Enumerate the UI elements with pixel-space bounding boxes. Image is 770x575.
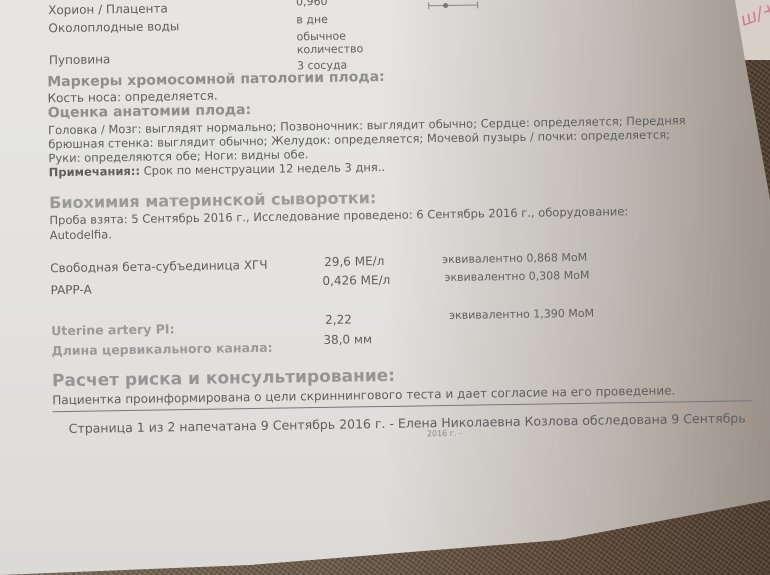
biochem-equipment: Autodelfia.: [50, 227, 112, 242]
row-label-amniotic: Околоплодные воды: [48, 19, 179, 35]
row-value-amniotic-2: обычное: [297, 30, 347, 44]
document: Хорион / Плацента 0,960 Околоплодные вод…: [0, 0, 770, 575]
hcg-label: Свободная бета-субъединица ХГЧ: [50, 258, 268, 275]
notes-label: Примечания::: [49, 164, 141, 179]
uterine-mom: эквивалентно 1,390 MoM: [449, 307, 594, 322]
row-value-amniotic-3: количество: [297, 42, 364, 56]
row-value-amniotic: в дне: [296, 13, 328, 26]
measurement-scale: [428, 4, 478, 6]
notes-text: Срок по менструации 12 недель 3 дня..: [140, 160, 385, 178]
row-label-chorion: Хорион / Плацента: [48, 1, 168, 17]
cervical-value: 38,0 мм: [323, 332, 372, 347]
cervical-label: Длина цервикального канала:: [51, 340, 272, 358]
row-value-chorion: 0,960: [296, 0, 328, 8]
markers-heading: Маркеры хромосомной патологии плода:: [47, 69, 385, 90]
pappa-label: PAPP-A: [50, 283, 91, 298]
uterine-label: Uterine artery PI:: [51, 321, 175, 338]
uterine-value: 2,22: [325, 313, 352, 327]
pappa-mom: эквивалентно 0,308 MoM: [444, 269, 589, 284]
anatomy-heading: Оценка анатомии плода:: [48, 102, 252, 121]
pappa-value: 0,426 МЕ/л: [322, 273, 390, 288]
footer-text: Страница 1 из 2 напечатана 9 Сентябрь 20…: [69, 410, 746, 436]
footer-text-2: 2016 г. -: [427, 429, 462, 439]
scale-marker: [443, 3, 448, 8]
hcg-mom: эквивалентно 0,868 MoM: [442, 251, 587, 266]
risk-heading: Расчет риска и консультирование:: [52, 366, 395, 391]
row-label-cord: Пуповина: [49, 52, 111, 67]
hcg-value: 29,6 МЕ/л: [324, 254, 384, 269]
